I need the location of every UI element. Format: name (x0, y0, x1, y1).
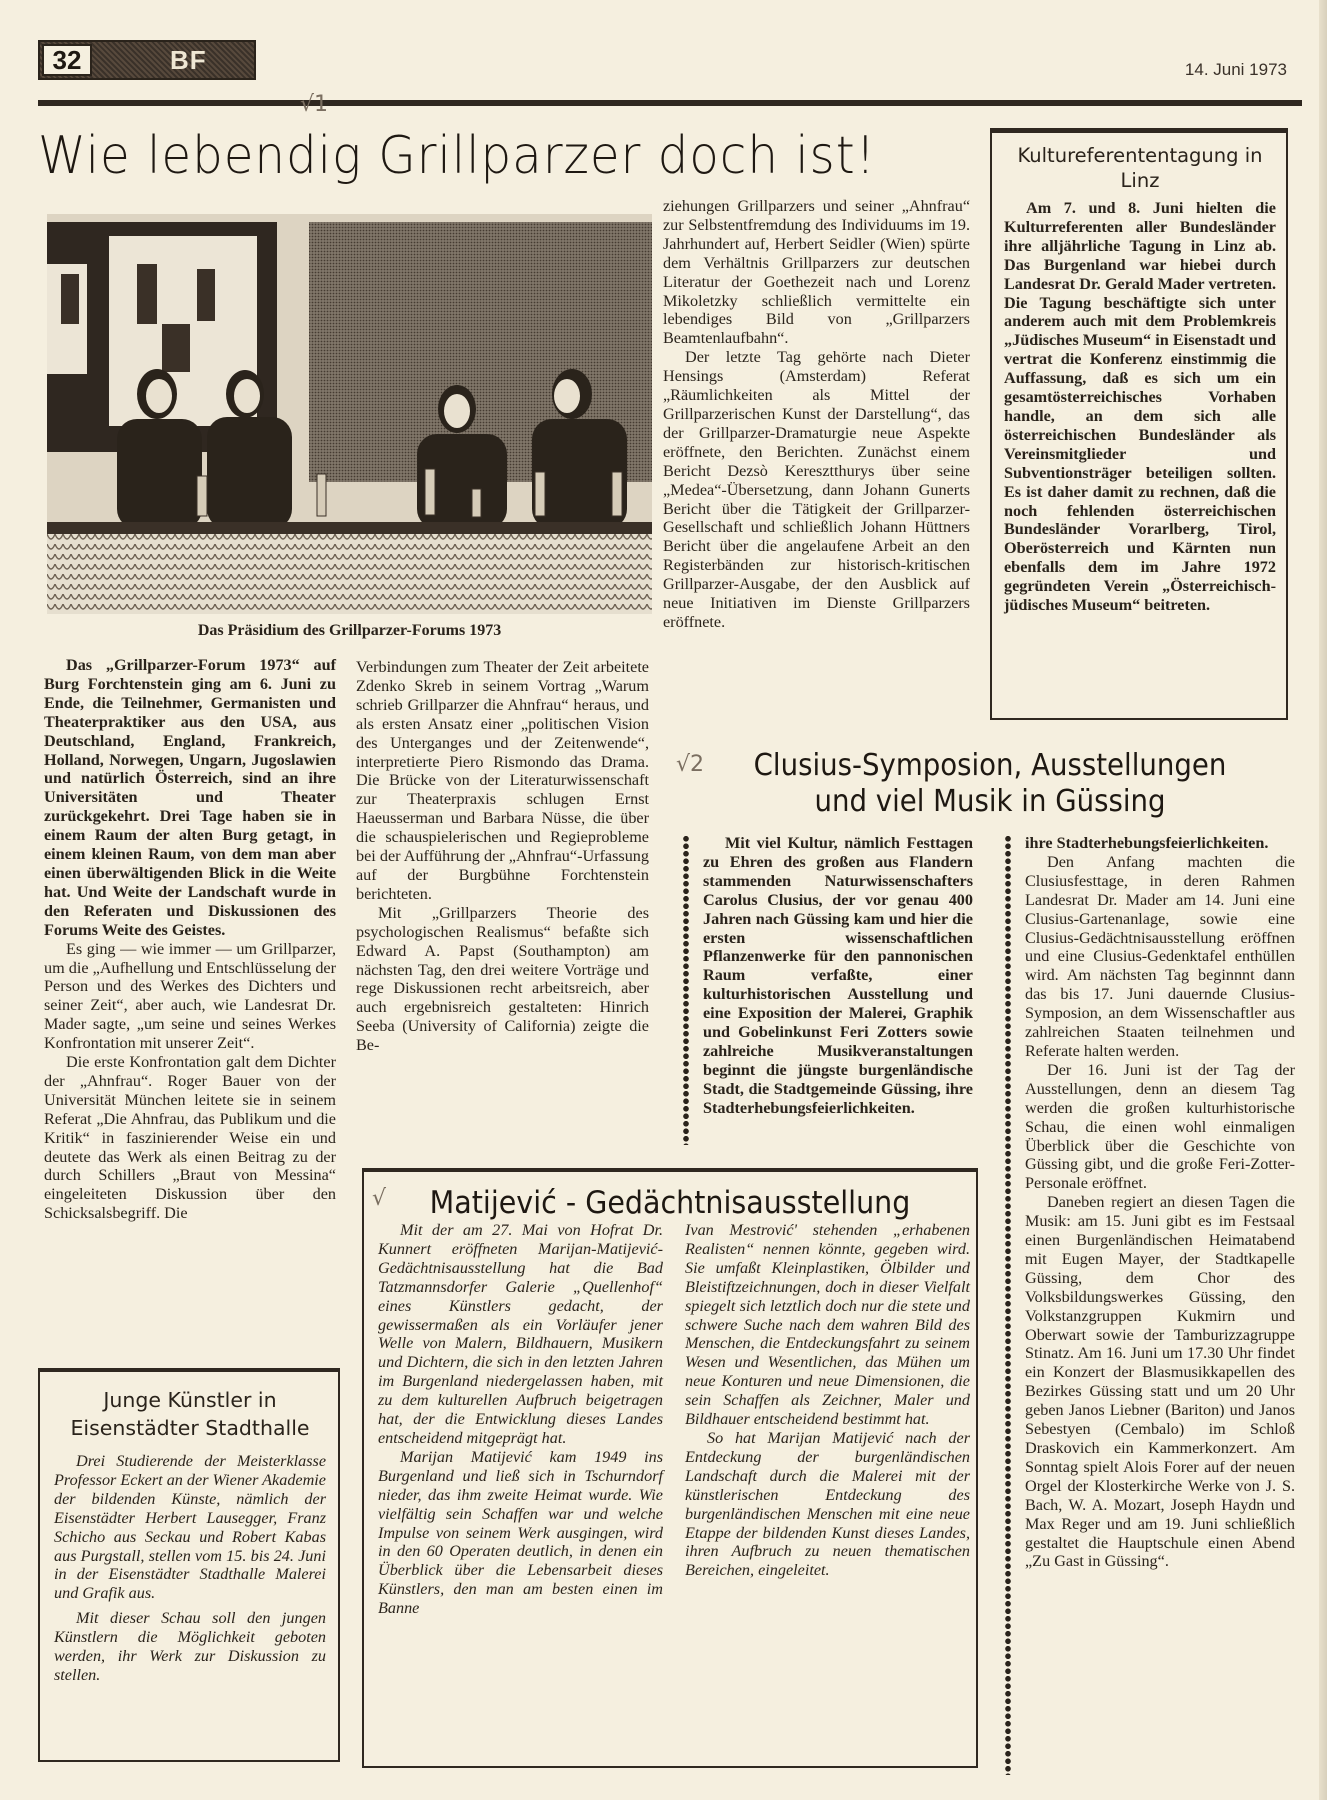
main-article-column-2: Verbindungen zum Theater der Zeit arbeit… (356, 658, 649, 1055)
clusius-headline: Clusius-Symposion, Ausstellungen und vie… (705, 748, 1275, 820)
matijevic-paragraph: Marijan Matijević kam 1949 ins Burgenlan… (378, 1448, 663, 1618)
dotted-column-rule (681, 835, 691, 1145)
kulturreferenten-body: Am 7. und 8. Juni hielten die Kulturrefe… (1004, 199, 1276, 615)
article-photo (47, 214, 652, 614)
main-article-column-3: ziehungen Grillparzers und seiner „Ahnfr… (663, 197, 970, 632)
page-edge (1319, 0, 1327, 1800)
junge-paragraph: Drei Studierende der Meisterklasse Profe… (54, 1452, 326, 1603)
main-article-paragraph: Mit „Grillparzers Theorie des psychologi… (356, 904, 649, 1055)
main-article-lead: Das „Grillparzer-Forum 1973“ auf Burg Fo… (44, 656, 336, 940)
matijevic-paragraph: So hat Marijan Matijević nach der Entdec… (685, 1429, 970, 1580)
section-label: BF (170, 45, 207, 76)
junge-kuenstler-box: Junge Künstler in Eisenstädter Stadthall… (38, 1368, 340, 1762)
clusius-paragraph: Den Anfang machten die Clusiusfesttage, … (1025, 853, 1295, 1061)
main-headline: Wie lebendig Grillparzer doch ist! (38, 125, 922, 187)
matijevic-paragraph: Mit der am 27. Mai von Hofrat Dr. Kunner… (378, 1221, 663, 1448)
junge-kuenstler-body: Drei Studierende der Meisterklasse Profe… (54, 1452, 326, 1685)
main-article-paragraph: ziehungen Grillparzers und seiner „Ahnfr… (663, 197, 970, 348)
page-number: 32 (42, 44, 92, 76)
handwritten-checkmark-1: √1 (300, 92, 328, 117)
clusius-lead-continuation: ihre Stadterhebungsfeierlichkeiten. (1025, 834, 1295, 853)
kulturreferenten-headline: Kultureferententagung in Linz (1004, 143, 1276, 193)
handwritten-checkmark-2: √2 (676, 752, 704, 777)
junge-headline-line-2: Eisenstädter Stadthalle (70, 1416, 309, 1440)
junge-kuenstler-headline: Junge Künstler in Eisenstädter Stadthall… (54, 1386, 326, 1442)
page-header-box: 32 BF (38, 40, 256, 80)
main-article-paragraph: Die erste Konfrontation galt dem Dichter… (44, 1053, 336, 1223)
kulturreferenten-body-wrap: Am 7. und 8. Juni hielten die Kulturrefe… (1004, 199, 1276, 615)
kulturreferenten-box: Kultureferententagung in Linz Am 7. und … (990, 128, 1288, 720)
main-article-column-1: Das „Grillparzer-Forum 1973“ auf Burg Fo… (44, 656, 336, 1223)
clusius-paragraph: Der 16. Juni ist der Tag der Ausstellung… (1025, 1061, 1295, 1193)
dotted-column-rule (1003, 835, 1013, 1775)
junge-headline-line-1: Junge Künstler in (103, 1388, 276, 1412)
clusius-paragraph: Daneben regiert an diesen Tagen die Musi… (1025, 1193, 1295, 1571)
main-article-paragraph: Es ging — wie immer — um Grillparzer, um… (44, 940, 336, 1053)
handwritten-checkmark-3: √ (372, 1186, 386, 1211)
junge-paragraph: Mit dieser Schau soll den jungen Künstle… (54, 1609, 326, 1685)
photo-caption: Das Präsidium des Grillparzer-Forums 197… (47, 622, 652, 640)
header-rule (38, 100, 1302, 106)
clusius-lead: Mit viel Kultur, nämlich Festtagen zu Eh… (703, 834, 973, 1138)
clusius-headline-line-2: und viel Musik in Güssing (705, 784, 1275, 820)
clusius-headline-line-1: Clusius-Symposion, Ausstellungen (705, 748, 1275, 784)
main-article-paragraph: Der letzte Tag gehörte nach Dieter Hensi… (663, 348, 970, 632)
clusius-column-2: ihre Stadterhebungsfeierlichkeiten. Den … (1025, 834, 1295, 1571)
matijevic-column-2: Ivan Mestrović' stehenden „erhabenen Rea… (685, 1221, 970, 1580)
main-article-paragraph: Verbindungen zum Theater der Zeit arbeit… (356, 658, 649, 904)
matijevic-column-1: Mit der am 27. Mai von Hofrat Dr. Kunner… (378, 1221, 663, 1618)
issue-date: 14. Juni 1973 (1185, 60, 1287, 80)
matijevic-paragraph: Ivan Mestrović' stehenden „erhabenen Rea… (685, 1221, 970, 1429)
matijevic-headline: Matijević - Gedächtnisausstellung (388, 1184, 951, 1222)
clusius-column-1: Mit viel Kultur, nämlich Festtagen zu Eh… (703, 834, 973, 1138)
photo-illustration (47, 214, 652, 614)
